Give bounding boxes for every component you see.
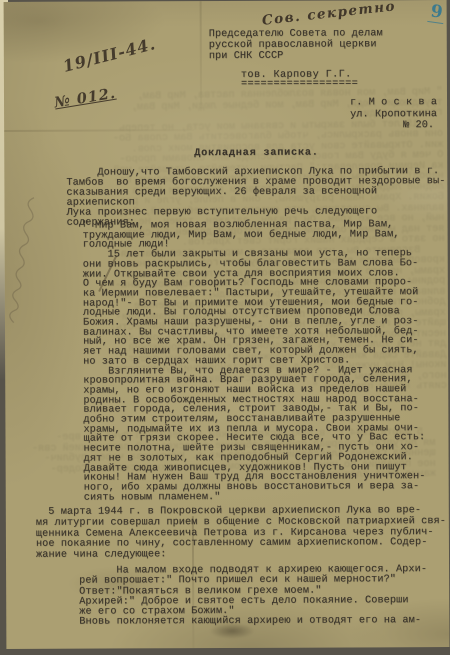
- archbishop-speech-quote: " Мир Вам, моя новая возлюбленная паства…: [83, 220, 444, 503]
- underline-dashes: ==================: [241, 78, 358, 90]
- sender-address-number: № 20.: [334, 120, 434, 131]
- report-paragraph-2: 5 марта 1944 г. в Покровской церкви архи…: [36, 506, 450, 562]
- scanned-document: " Мир Вам, моя новая возлюбленная паства…: [0, 0, 450, 655]
- document-title: Докладная записка.: [194, 148, 318, 160]
- addressee-block: Председателю Совета по делам русской пра…: [209, 28, 383, 62]
- paper-sheet: " Мир Вам, моя новая возлюбленная паства…: [4, 0, 450, 649]
- penance-rite-quote: На малом входе подводят к архирею кающег…: [79, 565, 439, 628]
- paper-crease: [200, 1, 202, 111]
- sender-address: г. М о с к в а ул. Кропоткина: [262, 97, 437, 121]
- handwritten-classification: Сов. секретно: [261, 0, 397, 29]
- handwritten-date: 19/III-44.: [61, 34, 158, 76]
- handwritten-page-number: 9: [427, 1, 446, 24]
